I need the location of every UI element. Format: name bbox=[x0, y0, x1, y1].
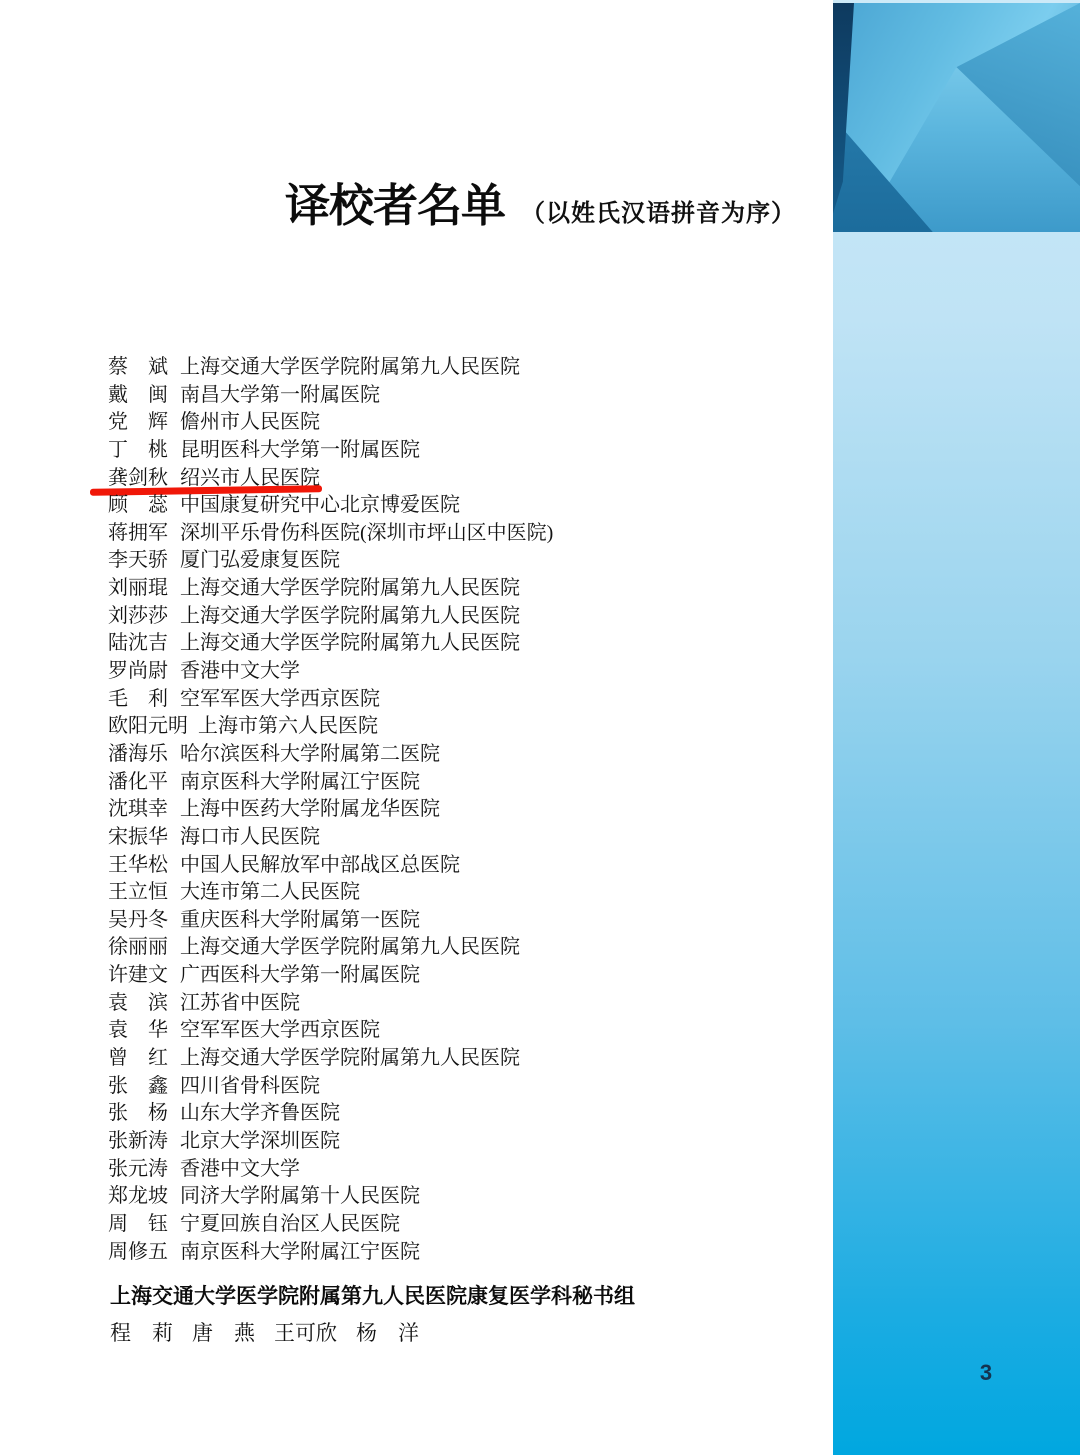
list-item: 张 杨 山东大学齐鲁医院 bbox=[108, 1100, 808, 1128]
decorative-geometric-box bbox=[833, 3, 1080, 232]
affiliation: 香港中文大学 bbox=[180, 658, 300, 686]
person-name: 毛 利 bbox=[108, 686, 170, 714]
affiliation: 南京医科大学附属江宁医院 bbox=[180, 1239, 420, 1267]
page-title-row: 译校者名单 （以姓氏汉语拼音为序） bbox=[285, 180, 796, 232]
person-name: 张 鑫 bbox=[108, 1073, 170, 1101]
translators-list: 蔡 斌 上海交通大学医学院附属第九人民医院 戴 闽 南昌大学第一附属医院 党 辉… bbox=[108, 354, 808, 1266]
affiliation: 空军军医大学西京医院 bbox=[180, 686, 380, 714]
book-page: 译校者名单 （以姓氏汉语拼音为序） 蔡 斌 上海交通大学医学院附属第九人民医院 … bbox=[0, 0, 1080, 1455]
list-item: 王华松 中国人民解放军中部战区总医院 bbox=[108, 852, 808, 880]
list-item: 潘海乐 哈尔滨医科大学附属第二医院 bbox=[108, 741, 808, 769]
affiliation: 儋州市人民医院 bbox=[180, 409, 320, 437]
list-item: 党 辉 儋州市人民医院 bbox=[108, 409, 808, 437]
list-item: 刘丽琨 上海交通大学医学院附属第九人民医院 bbox=[108, 575, 808, 603]
person-name: 蔡 斌 bbox=[108, 354, 170, 382]
person-name: 王华松 bbox=[108, 852, 170, 880]
affiliation: 同济大学附属第十人民医院 bbox=[180, 1183, 420, 1211]
list-item: 丁 桃 昆明医科大学第一附属医院 bbox=[108, 437, 808, 465]
affiliation: 哈尔滨医科大学附属第二医院 bbox=[180, 741, 440, 769]
person-name: 沈琪幸 bbox=[108, 796, 170, 824]
person-name: 顾 蕊 bbox=[108, 492, 170, 520]
affiliation: 香港中文大学 bbox=[180, 1156, 300, 1184]
list-item: 刘莎莎 上海交通大学医学院附属第九人民医院 bbox=[108, 603, 808, 631]
page-subtitle: （以姓氏汉语拼音为序） bbox=[521, 193, 796, 228]
affiliation: 厦门弘爱康复医院 bbox=[180, 547, 340, 575]
list-item: 张 鑫 四川省骨科医院 bbox=[108, 1073, 808, 1101]
page-title: 译校者名单 bbox=[285, 180, 505, 232]
list-item: 蒋拥军 深圳平乐骨伤科医院(深圳市坪山区中医院) bbox=[108, 520, 808, 548]
person-name: 郑龙坡 bbox=[108, 1183, 170, 1211]
affiliation: 海口市人民医院 bbox=[180, 824, 320, 852]
person-name: 袁 滨 bbox=[108, 990, 170, 1018]
list-item: 徐丽丽 上海交通大学医学院附属第九人民医院 bbox=[108, 934, 808, 962]
list-item: 袁 华 空军军医大学西京医院 bbox=[108, 1017, 808, 1045]
person-name: 潘化平 bbox=[108, 769, 170, 797]
person-name: 蒋拥军 bbox=[108, 520, 170, 548]
list-item: 宋振华 海口市人民医院 bbox=[108, 824, 808, 852]
person-name: 陆沈吉 bbox=[108, 630, 170, 658]
list-item: 顾 蕊 中国康复研究中心北京博爱医院 bbox=[108, 492, 808, 520]
list-item: 周修五 南京医科大学附属江宁医院 bbox=[108, 1239, 808, 1267]
affiliation: 重庆医科大学附属第一医院 bbox=[180, 907, 420, 935]
affiliation: 上海市第六人民医院 bbox=[198, 713, 378, 741]
list-item: 戴 闽 南昌大学第一附属医院 bbox=[108, 382, 808, 410]
list-item: 毛 利 空军军医大学西京医院 bbox=[108, 686, 808, 714]
affiliation: 上海中医药大学附属龙华医院 bbox=[180, 796, 440, 824]
affiliation: 大连市第二人民医院 bbox=[180, 879, 360, 907]
affiliation: 南昌大学第一附属医院 bbox=[180, 382, 380, 410]
affiliation: 广西医科大学第一附属医院 bbox=[180, 962, 420, 990]
affiliation: 昆明医科大学第一附属医院 bbox=[180, 437, 420, 465]
affiliation: 南京医科大学附属江宁医院 bbox=[180, 769, 420, 797]
list-item: 郑龙坡 同济大学附属第十人民医院 bbox=[108, 1183, 808, 1211]
secretary-names-row: 程 莉唐 燕王可欣杨 洋 bbox=[110, 1320, 419, 1346]
list-item: 龚剑秋 绍兴市人民医院 bbox=[108, 465, 808, 493]
person-name: 周 钰 bbox=[108, 1211, 170, 1239]
list-item: 许建文 广西医科大学第一附属医院 bbox=[108, 962, 808, 990]
person-name: 党 辉 bbox=[108, 409, 170, 437]
affiliation: 中国人民解放军中部战区总医院 bbox=[180, 852, 460, 880]
affiliation: 中国康复研究中心北京博爱医院 bbox=[180, 492, 460, 520]
list-item: 王立恒 大连市第二人民医院 bbox=[108, 879, 808, 907]
list-item: 曾 红 上海交通大学医学院附属第九人民医院 bbox=[108, 1045, 808, 1073]
affiliation: 江苏省中医院 bbox=[180, 990, 300, 1018]
person-name: 罗尚尉 bbox=[108, 658, 170, 686]
person-name: 欧阳元明 bbox=[108, 713, 188, 741]
list-item: 吴丹冬 重庆医科大学附属第一医院 bbox=[108, 907, 808, 935]
person-name: 徐丽丽 bbox=[108, 934, 170, 962]
secretary-name: 杨 洋 bbox=[356, 1320, 419, 1346]
secretary-name: 王可欣 bbox=[274, 1320, 337, 1346]
person-name: 袁 华 bbox=[108, 1017, 170, 1045]
person-name: 戴 闽 bbox=[108, 382, 170, 410]
person-name: 吴丹冬 bbox=[108, 907, 170, 935]
person-name: 王立恒 bbox=[108, 879, 170, 907]
person-name: 刘莎莎 bbox=[108, 603, 170, 631]
person-name: 曾 红 bbox=[108, 1045, 170, 1073]
affiliation: 宁夏回族自治区人民医院 bbox=[180, 1211, 400, 1239]
person-name: 刘丽琨 bbox=[108, 575, 170, 603]
affiliation: 上海交通大学医学院附属第九人民医院 bbox=[180, 354, 520, 382]
secretary-group-title: 上海交通大学医学院附属第九人民医院康复医学科秘书组 bbox=[110, 1284, 635, 1310]
list-item: 张新涛 北京大学深圳医院 bbox=[108, 1128, 808, 1156]
secretary-name: 唐 燕 bbox=[192, 1320, 255, 1346]
affiliation: 空军军医大学西京医院 bbox=[180, 1017, 380, 1045]
person-name: 许建文 bbox=[108, 962, 170, 990]
list-item: 潘化平 南京医科大学附属江宁医院 bbox=[108, 769, 808, 797]
person-name: 周修五 bbox=[108, 1239, 170, 1267]
affiliation: 四川省骨科医院 bbox=[180, 1073, 320, 1101]
affiliation: 上海交通大学医学院附属第九人民医院 bbox=[180, 934, 520, 962]
list-item: 欧阳元明 上海市第六人民医院 bbox=[108, 713, 808, 741]
affiliation: 上海交通大学医学院附属第九人民医院 bbox=[180, 603, 520, 631]
list-item: 周 钰 宁夏回族自治区人民医院 bbox=[108, 1211, 808, 1239]
list-item: 袁 滨 江苏省中医院 bbox=[108, 990, 808, 1018]
affiliation: 上海交通大学医学院附属第九人民医院 bbox=[180, 575, 520, 603]
person-name: 张 杨 bbox=[108, 1100, 170, 1128]
person-name: 张新涛 bbox=[108, 1128, 170, 1156]
person-name: 潘海乐 bbox=[108, 741, 170, 769]
person-name: 宋振华 bbox=[108, 824, 170, 852]
person-name: 丁 桃 bbox=[108, 437, 170, 465]
person-name: 张元涛 bbox=[108, 1156, 170, 1184]
secretary-name: 程 莉 bbox=[110, 1320, 173, 1346]
page-number: 3 bbox=[968, 1360, 1004, 1386]
list-item: 沈琪幸 上海中医药大学附属龙华医院 bbox=[108, 796, 808, 824]
affiliation: 上海交通大学医学院附属第九人民医院 bbox=[180, 1045, 520, 1073]
list-item: 张元涛 香港中文大学 bbox=[108, 1156, 808, 1184]
affiliation: 上海交通大学医学院附属第九人民医院 bbox=[180, 630, 520, 658]
affiliation: 北京大学深圳医院 bbox=[180, 1128, 340, 1156]
affiliation: 深圳平乐骨伤科医院(深圳市坪山区中医院) bbox=[180, 520, 553, 548]
list-item: 陆沈吉 上海交通大学医学院附属第九人民医院 bbox=[108, 630, 808, 658]
list-item: 罗尚尉 香港中文大学 bbox=[108, 658, 808, 686]
affiliation: 山东大学齐鲁医院 bbox=[180, 1100, 340, 1128]
person-name: 李天骄 bbox=[108, 547, 170, 575]
list-item: 蔡 斌 上海交通大学医学院附属第九人民医院 bbox=[108, 354, 808, 382]
list-item: 李天骄 厦门弘爱康复医院 bbox=[108, 547, 808, 575]
